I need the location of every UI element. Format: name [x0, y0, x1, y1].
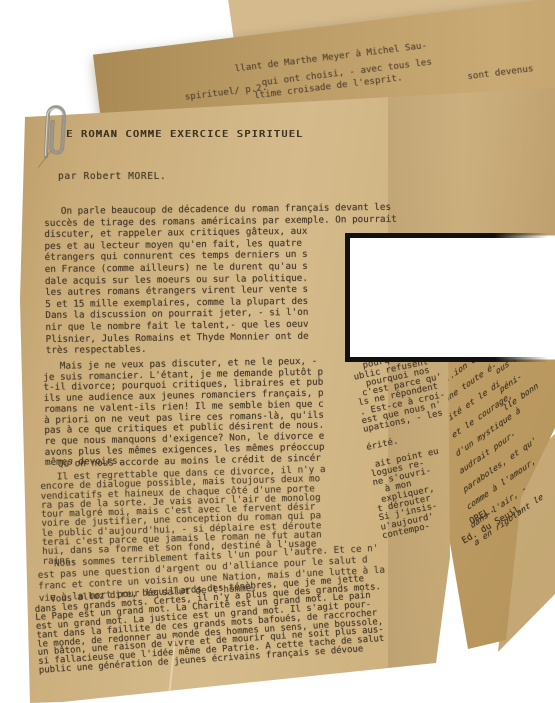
redaction-box — [340, 228, 555, 368]
page2-line: sont devenus — [467, 63, 534, 82]
manuscript-photo: spirituel/ p.2. llant de Marthe Meyer à … — [0, 0, 555, 703]
paragraph-2: Mais je ne veux pas discuter, et ne le p… — [43, 357, 325, 469]
byline: par Robert MOREL. — [58, 171, 166, 182]
page-title: E ROMAN COMME EXERCICE SPIRITUEL — [66, 129, 303, 140]
paperclip-icon — [38, 99, 72, 169]
